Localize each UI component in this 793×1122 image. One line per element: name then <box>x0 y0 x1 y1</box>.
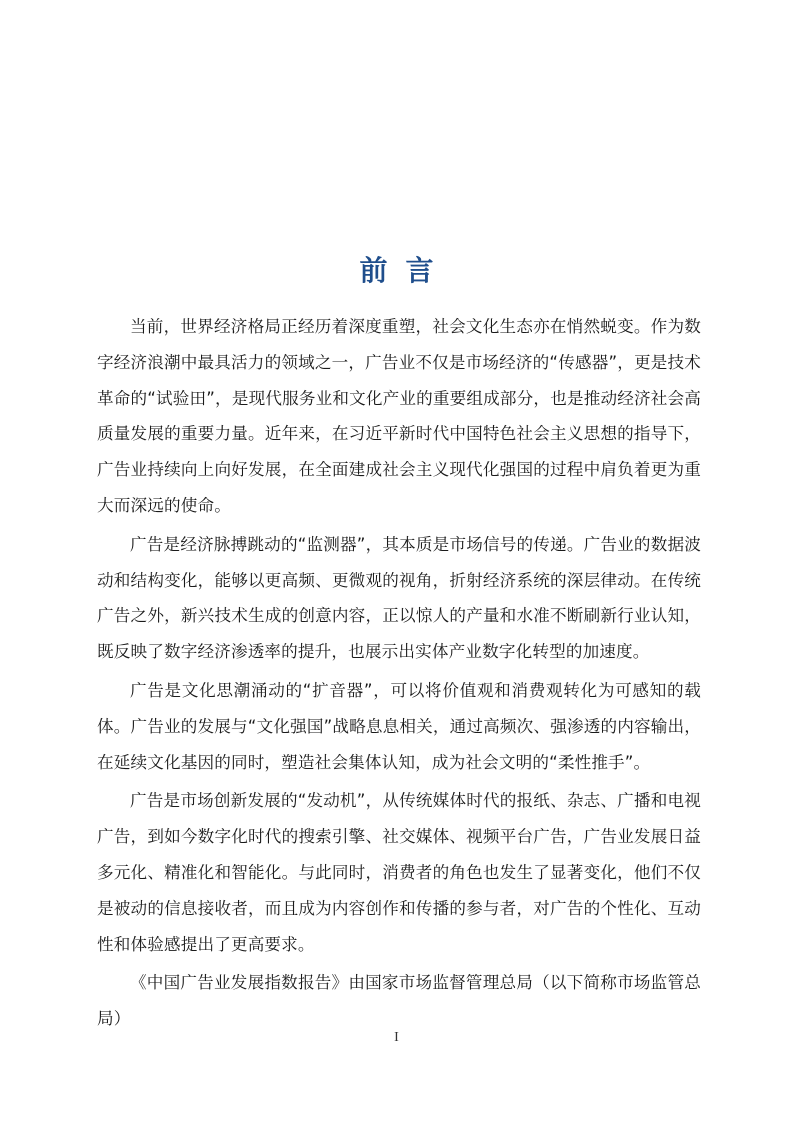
page-number: I <box>0 1030 793 1046</box>
document-page: 前言 当前，世界经济格局正经历着深度重塑，社会文化生态亦在悄然蜕变。作为数字经济… <box>0 0 793 1122</box>
paragraph-3: 广告是文化思潮涌动的“扩音器”，可以将价值观和消费观转化为可感知的载体。广告业的… <box>97 673 701 780</box>
paragraph-1: 当前，世界经济格局正经历着深度重塑，社会文化生态亦在悄然蜕变。作为数字经济浪潮中… <box>97 309 701 524</box>
preface-body: 当前，世界经济格局正经历着深度重塑，社会文化生态亦在悄然蜕变。作为数字经济浪潮中… <box>97 309 701 1040</box>
page-title: 前言 <box>0 251 793 291</box>
paragraph-2: 广告是经济脉搏跳动的“监测器”，其本质是市场信号的传递。广告业的数据波动和结构变… <box>97 527 701 670</box>
paragraph-4: 广告是市场创新发展的“发动机”，从传统媒体时代的报纸、杂志、广播和电视广告，到如… <box>97 783 701 962</box>
paragraph-5: 《中国广告业发展指数报告》由国家市场监督管理总局（以下简称市场监管总局） <box>97 965 701 1037</box>
